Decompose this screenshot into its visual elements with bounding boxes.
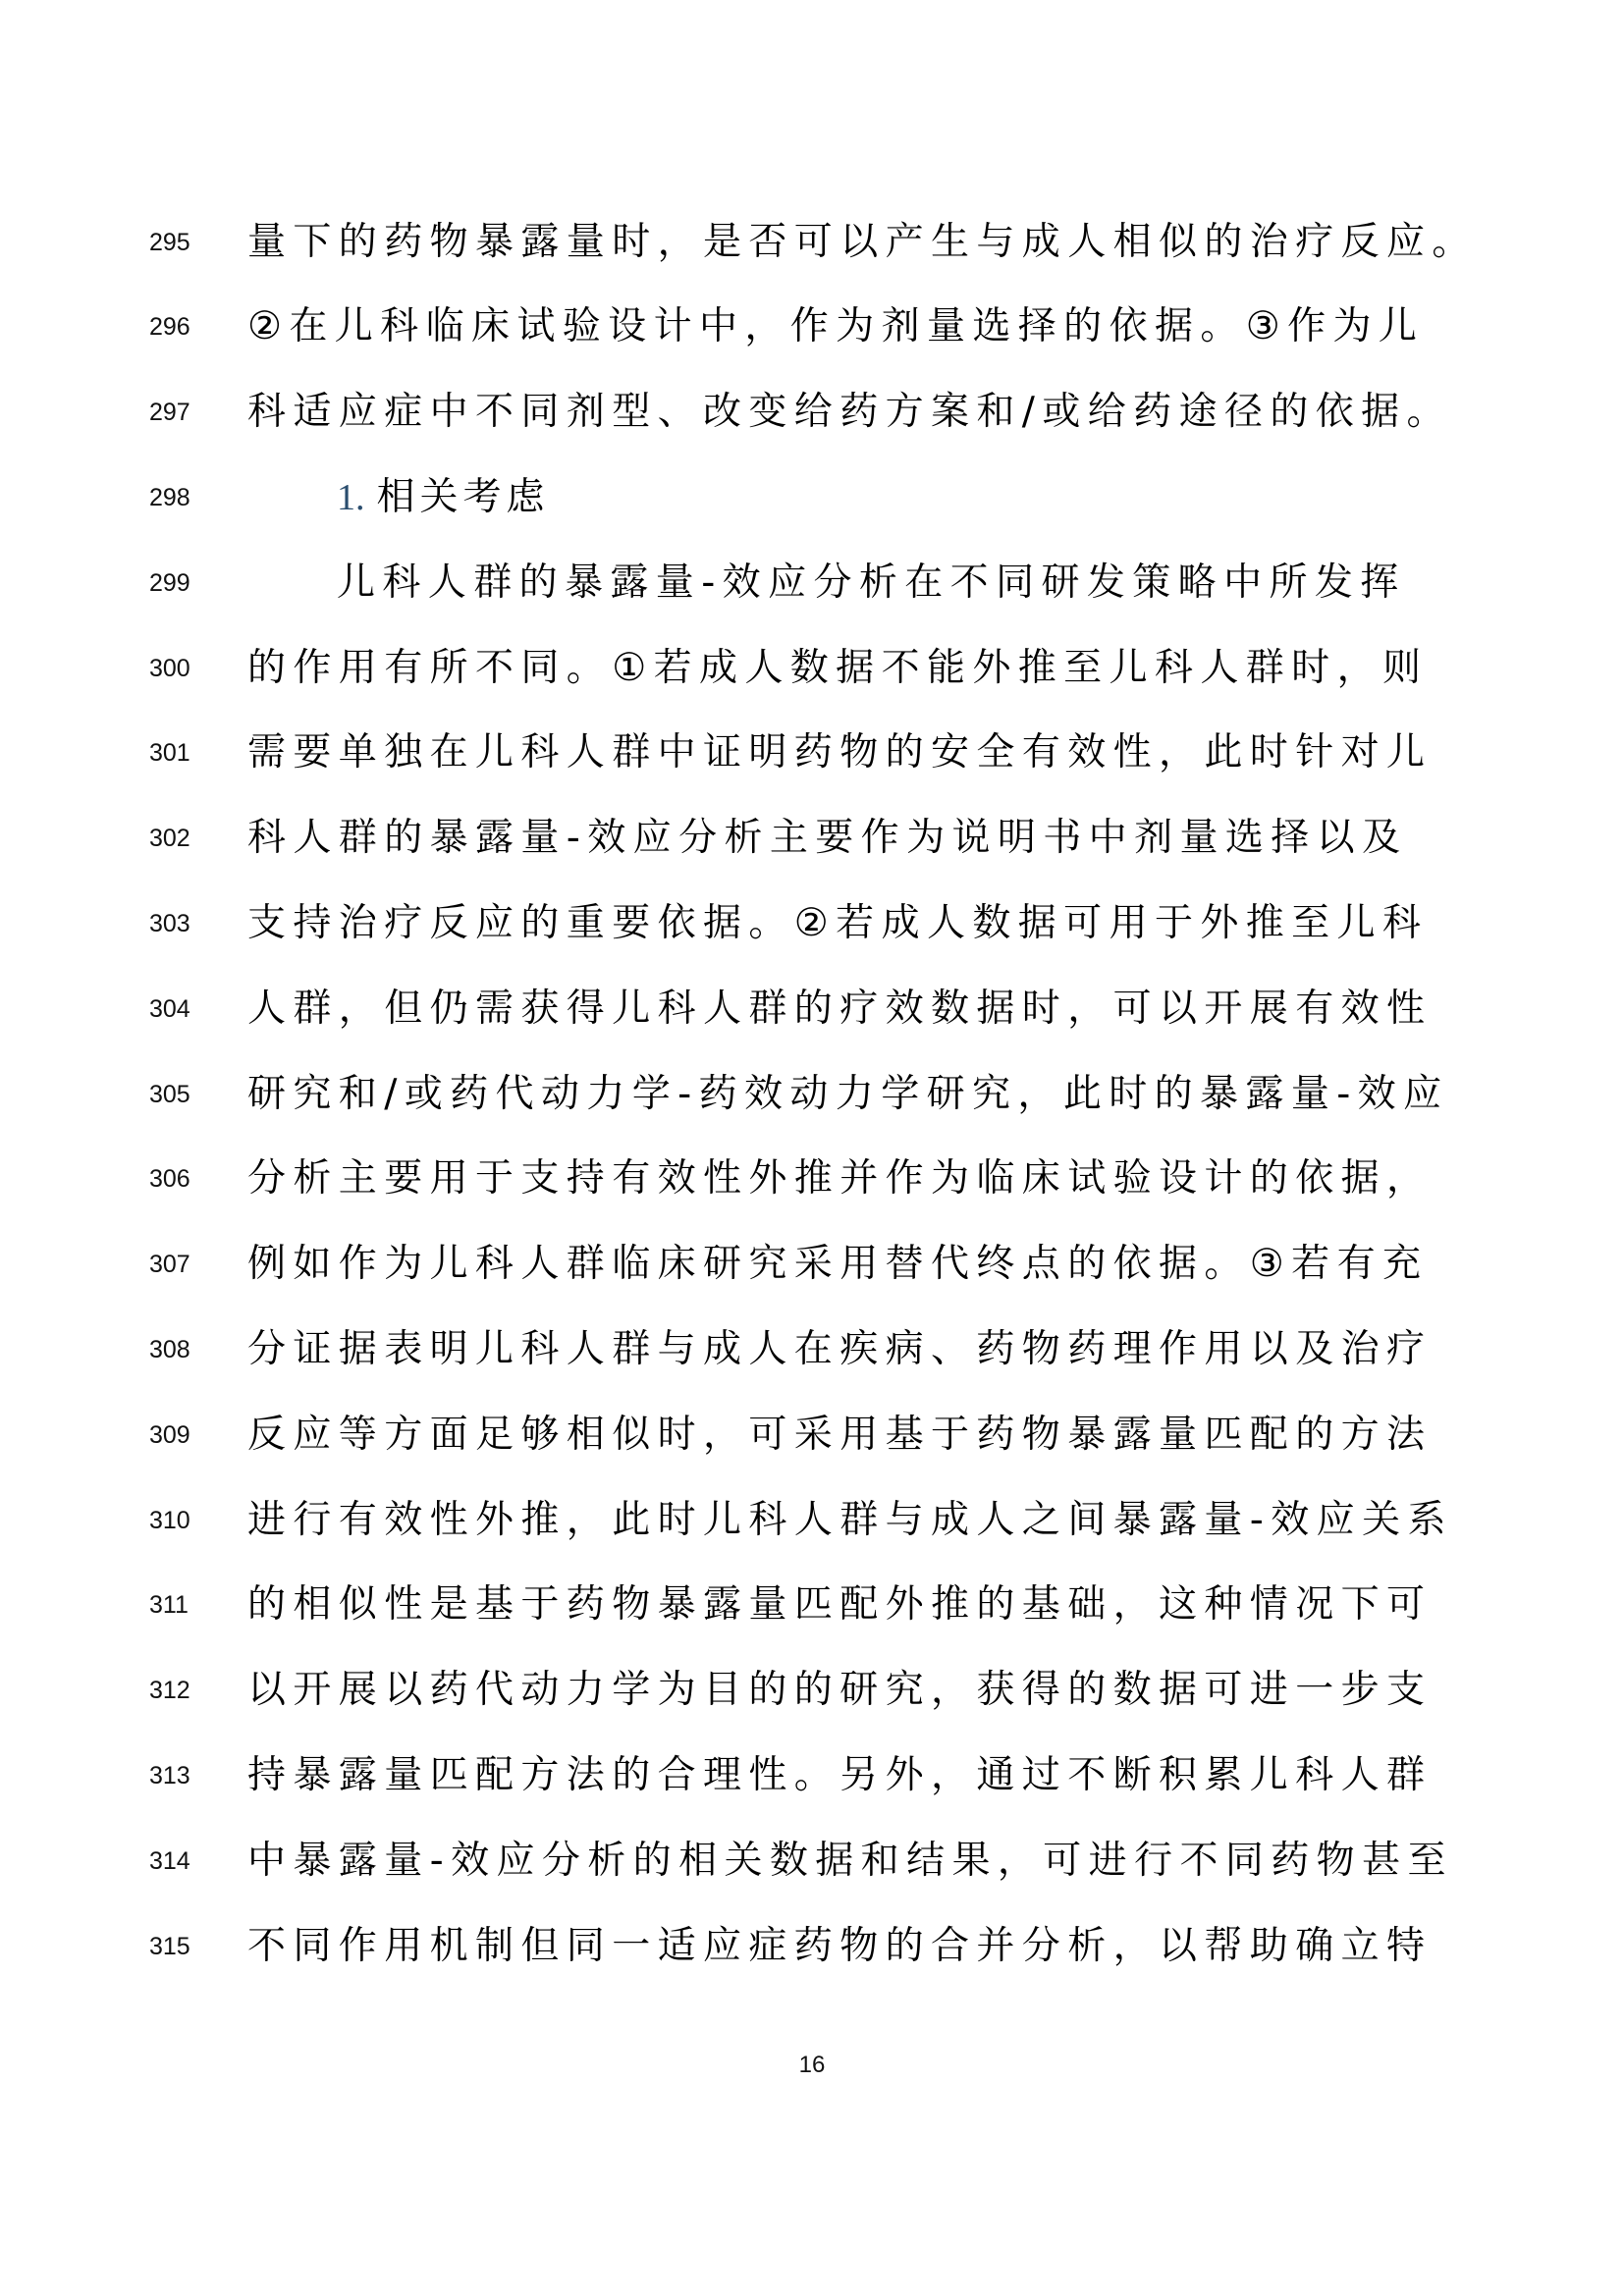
line-number: 314 bbox=[149, 1819, 190, 1904]
line-number: 302 bbox=[149, 796, 190, 881]
line-298: 298 1.相关考虑 bbox=[0, 455, 1624, 541]
line-312: 312 以开展以药代动力学为目的的研究，获得的数据可进一步支 bbox=[0, 1648, 1624, 1734]
line-307: 307 例如作为儿科人群临床研究采用替代终点的依据。③若有充 bbox=[0, 1222, 1624, 1308]
line-text: 分析主要用于支持有效性外推并作为临床试验设计的依据， bbox=[247, 1137, 1432, 1222]
line-300: 300 的作用有所不同。①若成人数据不能外推至儿科人群时，则 bbox=[0, 626, 1624, 712]
line-text: 进行有效性外推，此时儿科人群与成人之间暴露量-效应关系 bbox=[247, 1478, 1453, 1564]
line-299: 299 儿科人群的暴露量-效应分析在不同研发策略中所发挥 bbox=[0, 541, 1624, 626]
line-text: 支持治疗反应的重要依据。②若成人数据可用于外推至儿科 bbox=[247, 881, 1428, 967]
line-305: 305 研究和/或药代动力学-药效动力学研究，此时的暴露量-效应 bbox=[0, 1052, 1624, 1138]
line-number: 298 bbox=[149, 455, 190, 541]
line-text: 分证据表明儿科人群与成人在疾病、药物药理作用以及治疗 bbox=[247, 1308, 1432, 1393]
heading-text: 相关考虑 bbox=[377, 475, 550, 519]
line-text: 例如作为儿科人群临床研究采用替代终点的依据。③若有充 bbox=[247, 1222, 1428, 1308]
line-number: 312 bbox=[149, 1648, 190, 1734]
section-heading: 1.相关考虑 bbox=[337, 455, 550, 541]
line-number: 301 bbox=[149, 711, 190, 796]
line-number: 310 bbox=[149, 1478, 190, 1564]
line-309: 309 反应等方面足够相似时，可采用基于药物暴露量匹配的方法 bbox=[0, 1393, 1624, 1478]
line-text: 科适应症中不同剂型、改变给药方案和/或给药途径的依据。 bbox=[247, 370, 1452, 455]
line-308: 308 分证据表明儿科人群与成人在疾病、药物药理作用以及治疗 bbox=[0, 1308, 1624, 1393]
line-text: 持暴露量匹配方法的合理性。另外，通过不断积累儿科人群 bbox=[247, 1734, 1432, 1819]
line-number: 311 bbox=[149, 1563, 189, 1648]
line-number: 306 bbox=[149, 1137, 190, 1222]
line-304: 304 人群，但仍需获得儿科人群的疗效数据时，可以开展有效性 bbox=[0, 967, 1624, 1052]
line-text: 需要单独在儿科人群中证明药物的安全有效性，此时针对儿 bbox=[247, 711, 1432, 796]
line-303: 303 支持治疗反应的重要依据。②若成人数据可用于外推至儿科 bbox=[0, 881, 1624, 967]
line-295: 295 量下的药物暴露量时，是否可以产生与成人相似的治疗反应。 bbox=[0, 200, 1624, 286]
line-text: 量下的药物暴露量时，是否可以产生与成人相似的治疗反应。 bbox=[247, 200, 1478, 286]
line-number: 307 bbox=[149, 1222, 190, 1308]
line-297: 297 科适应症中不同剂型、改变给药方案和/或给药途径的依据。 bbox=[0, 370, 1624, 455]
line-311: 311 的相似性是基于药物暴露量匹配外推的基础，这种情况下可 bbox=[0, 1563, 1624, 1648]
line-text: 人群，但仍需获得儿科人群的疗效数据时，可以开展有效性 bbox=[247, 967, 1432, 1052]
line-315: 315 不同作用机制但同一适应症药物的合并分析，以帮助确立特 bbox=[0, 1904, 1624, 1990]
line-number: 305 bbox=[149, 1052, 190, 1138]
line-number: 297 bbox=[149, 370, 190, 455]
heading-number: 1. bbox=[337, 477, 365, 518]
line-number: 304 bbox=[149, 967, 190, 1052]
line-text: 的相似性是基于药物暴露量匹配外推的基础，这种情况下可 bbox=[247, 1563, 1432, 1648]
line-number: 315 bbox=[149, 1904, 190, 1990]
line-text: 科人群的暴露量-效应分析主要作为说明书中剂量选择以及 bbox=[247, 796, 1407, 881]
line-text: 不同作用机制但同一适应症药物的合并分析，以帮助确立特 bbox=[247, 1904, 1432, 1990]
line-302: 302 科人群的暴露量-效应分析主要作为说明书中剂量选择以及 bbox=[0, 796, 1624, 881]
line-number: 295 bbox=[149, 200, 190, 286]
line-text: 儿科人群的暴露量-效应分析在不同研发策略中所发挥 bbox=[337, 541, 1406, 626]
line-310: 310 进行有效性外推，此时儿科人群与成人之间暴露量-效应关系 bbox=[0, 1478, 1624, 1564]
line-314: 314 中暴露量-效应分析的相关数据和结果，可进行不同药物甚至 bbox=[0, 1819, 1624, 1904]
line-text: 研究和/或药代动力学-药效动力学研究，此时的暴露量-效应 bbox=[247, 1052, 1449, 1138]
line-313: 313 持暴露量匹配方法的合理性。另外，通过不断积累儿科人群 bbox=[0, 1734, 1624, 1819]
line-text: 反应等方面足够相似时，可采用基于药物暴露量匹配的方法 bbox=[247, 1393, 1432, 1478]
line-number: 296 bbox=[149, 285, 190, 370]
line-296: 296 ②在儿科临床试验设计中，作为剂量选择的依据。③作为儿 bbox=[0, 285, 1624, 370]
line-text: 中暴露量-效应分析的相关数据和结果，可进行不同药物甚至 bbox=[247, 1819, 1453, 1904]
line-number: 303 bbox=[149, 881, 190, 967]
document-page: 295 量下的药物暴露量时，是否可以产生与成人相似的治疗反应。 296 ②在儿科… bbox=[0, 0, 1624, 2296]
line-text: ②在儿科临床试验设计中，作为剂量选择的依据。③作为儿 bbox=[247, 285, 1424, 370]
line-number: 299 bbox=[149, 541, 190, 626]
line-306: 306 分析主要用于支持有效性外推并作为临床试验设计的依据， bbox=[0, 1137, 1624, 1222]
line-text: 的作用有所不同。①若成人数据不能外推至儿科人群时，则 bbox=[247, 626, 1428, 712]
line-number: 300 bbox=[149, 626, 190, 712]
page-number: 16 bbox=[0, 2052, 1624, 2079]
line-number: 313 bbox=[149, 1734, 190, 1819]
line-number: 308 bbox=[149, 1308, 190, 1393]
line-number: 309 bbox=[149, 1393, 190, 1478]
line-text: 以开展以药代动力学为目的的研究，获得的数据可进一步支 bbox=[247, 1648, 1432, 1734]
line-301: 301 需要单独在儿科人群中证明药物的安全有效性，此时针对儿 bbox=[0, 711, 1624, 796]
